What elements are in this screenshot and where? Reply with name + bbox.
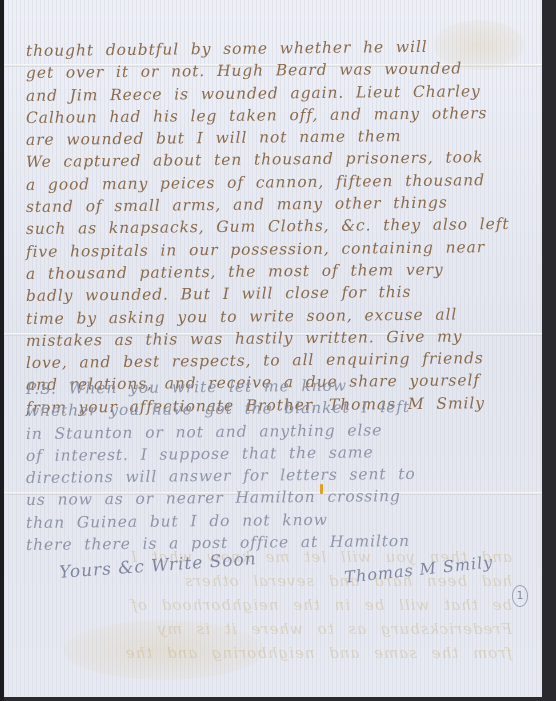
letter-body: thought doubtful by some whether he will… <box>26 40 528 419</box>
postscript: P.S. When you write let me know whether … <box>26 378 528 556</box>
highlight-marker <box>320 484 323 494</box>
postscript-line: there there is a post office at Hamilton <box>26 529 528 557</box>
page-number: 1 <box>512 585 528 607</box>
letter-page: and then you will let me know what I had… <box>4 0 542 697</box>
